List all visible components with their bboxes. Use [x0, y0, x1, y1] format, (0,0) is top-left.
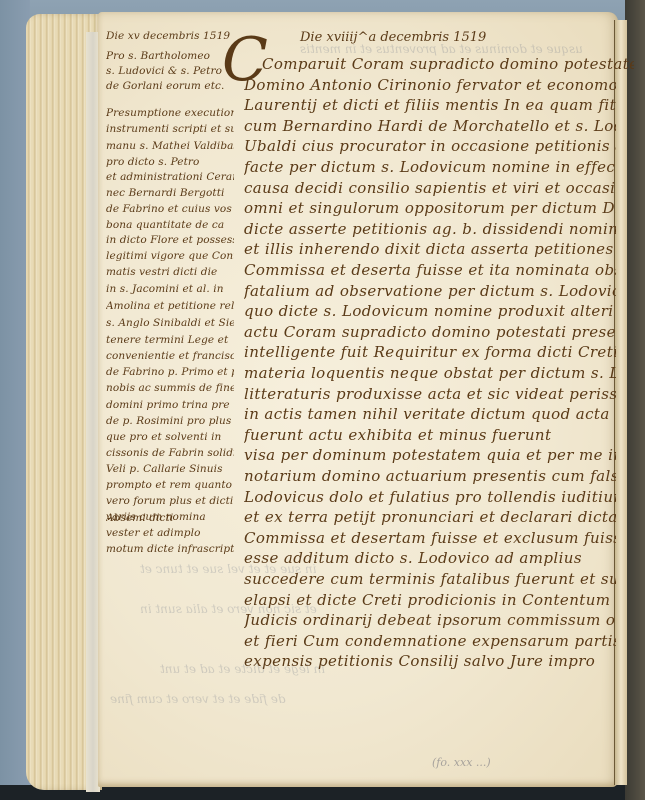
margin-note-line: legitimi vigore que Contr	[106, 250, 234, 262]
manuscript-line: intelligente fuit Requiritur ex forma di…	[244, 343, 616, 361]
manuscript-line: cum Bernardino Hardi de Morchatello et s…	[244, 117, 616, 135]
faint-pencil-note: (fo. xxx ...)	[432, 756, 491, 769]
margin-note-line: motum dicte infrascripte	[106, 543, 234, 555]
margin-note-line: et administrationi Cerandi	[106, 171, 234, 183]
margin-note-line: de Fabrino p. Primo et pro	[106, 366, 234, 378]
entry-date-heading: Die xviiij^a decembris 1519	[300, 30, 486, 45]
manuscript-line: Commissa et desertam fuisse et exclusum …	[244, 529, 616, 547]
show-through-text: de fide et et vero et cum fine	[110, 690, 286, 709]
margin-note-line: nobis ac summis de fine	[106, 382, 234, 394]
manuscript-line: Judicis ordinarij debeat ipsorum commiss…	[244, 611, 616, 629]
margin-note-line: vester et adimplo	[106, 527, 234, 539]
manuscript-line: et illis inherendo dixit dicta asserta p…	[244, 240, 616, 258]
manuscript-line: omni et singulorum oppositorum per dictu…	[244, 199, 616, 217]
margin-note-line: Die xv decembris 1519	[106, 30, 234, 42]
margin-note-line: prompto et rem quanto	[106, 479, 234, 491]
margin-note-line: de Fabrino et cuius vos et	[106, 203, 234, 215]
margin-note-line: bona quantitate de ca	[106, 219, 234, 231]
manuscript-line: in actis tamen nihil veritate dictum quo…	[244, 405, 616, 423]
manuscript-line: fatalium ad observatione per dictum s. L…	[244, 282, 616, 300]
margin-note-line: Presumptione executionis	[106, 107, 234, 119]
margin-note-line: matis vestri dicti die	[106, 266, 234, 278]
manuscript-line: actu Coram supradicto domino potestati p…	[244, 323, 616, 341]
margin-note-line: domini primo trina pre	[106, 399, 234, 411]
manuscript-line: Comparuit Coram supradicto domino potest…	[262, 55, 634, 73]
manuscript-line: et ex terra petijt pronunciari et declar…	[244, 508, 616, 526]
margin-note-line: manu s. Mathei Valdibasse	[106, 140, 234, 152]
manuscript-line: Domino Antonio Cirinonio fervator et eco…	[244, 76, 616, 94]
manuscript-line: esse additum dicto s. Lodovico ad ampliu…	[244, 549, 616, 567]
margin-note-line: in dicto Flore et possessio	[106, 234, 234, 246]
manuscript-line: dicte asserte petitionis ag. b. dissiden…	[244, 220, 616, 238]
margin-note-line: convenientie et francisci	[106, 350, 234, 362]
margin-note-line: in s. Jacomini et al. in	[106, 283, 234, 295]
manuscript-line: notarium domino actuarium presentis cum …	[244, 467, 616, 485]
manuscript-line: causa decidi consilio sapientis et viri …	[244, 179, 616, 197]
manuscript-line: et fieri Cum condemnatione expensarum pa…	[244, 632, 616, 650]
margin-note-line: Amolina et petitione relate	[106, 300, 234, 312]
manuscript-line: facte per dictum s. Lodovicum nomine in …	[244, 158, 616, 176]
margin-note-line: de Gorlani eorum etc.	[106, 80, 234, 92]
binding-shadow	[625, 0, 645, 800]
manuscript-line: expensis petitionis Consilij salvo Jure …	[244, 652, 616, 670]
margin-note-line: vero forum plus et dicti	[106, 495, 234, 507]
page-edges-stack	[26, 14, 102, 790]
manuscript-line: elapsi et dicte Creti prodicionis in Con…	[244, 591, 616, 609]
manuscript-line: quo dicte s. Lodovicum nomine produxit a…	[244, 302, 616, 320]
margin-note-line: s. Anglo Sinibaldi et Sierra	[106, 317, 234, 329]
manuscript-line: litteraturis produxisse acta et sic vide…	[244, 385, 616, 403]
manuscript-line: Laurentij et dicti et filiis mentis In e…	[244, 96, 616, 114]
margin-note-line: Pro s. Bartholomeo	[106, 50, 234, 62]
margin-note-line: Veli p. Callarie Sinuis	[106, 463, 234, 475]
manuscript-line: succedere cum terminis fatalibus fuerunt…	[244, 570, 616, 588]
manuscript-line: Ubaldi cius procurator in occasione peti…	[244, 137, 616, 155]
manuscript-line: visa per dominum potestatem quia et per …	[244, 446, 616, 464]
manuscript-line: Commissa et deserta fuisse et ita nomina…	[244, 261, 616, 279]
margin-note-line: pro dicto s. Petro	[106, 156, 234, 168]
manuscript-line: materia loquentis neque obstat per dictu…	[244, 364, 616, 382]
margin-note-line: s. Ludovici & s. Petro	[106, 65, 234, 77]
margin-note-line: que pro et solventi in	[106, 431, 234, 443]
margin-note-line: instrumenti scripti et sub	[106, 123, 234, 135]
margin-note-line: tenere termini Lege et	[106, 334, 234, 346]
manuscript-line: fuerunt actu exhibita et minus fuerunt	[244, 426, 616, 444]
margin-note-line: cissonis de Fabrin solidis	[106, 447, 234, 459]
margin-note-line: de p. Rosimini pro plus	[106, 415, 234, 427]
margin-note-line: Absemi dicti	[106, 512, 234, 524]
margin-note-line: nec Bernardi Bergotti	[106, 187, 234, 199]
manuscript-line: Lodovicus dolo et fulatius pro tollendis…	[244, 488, 616, 506]
